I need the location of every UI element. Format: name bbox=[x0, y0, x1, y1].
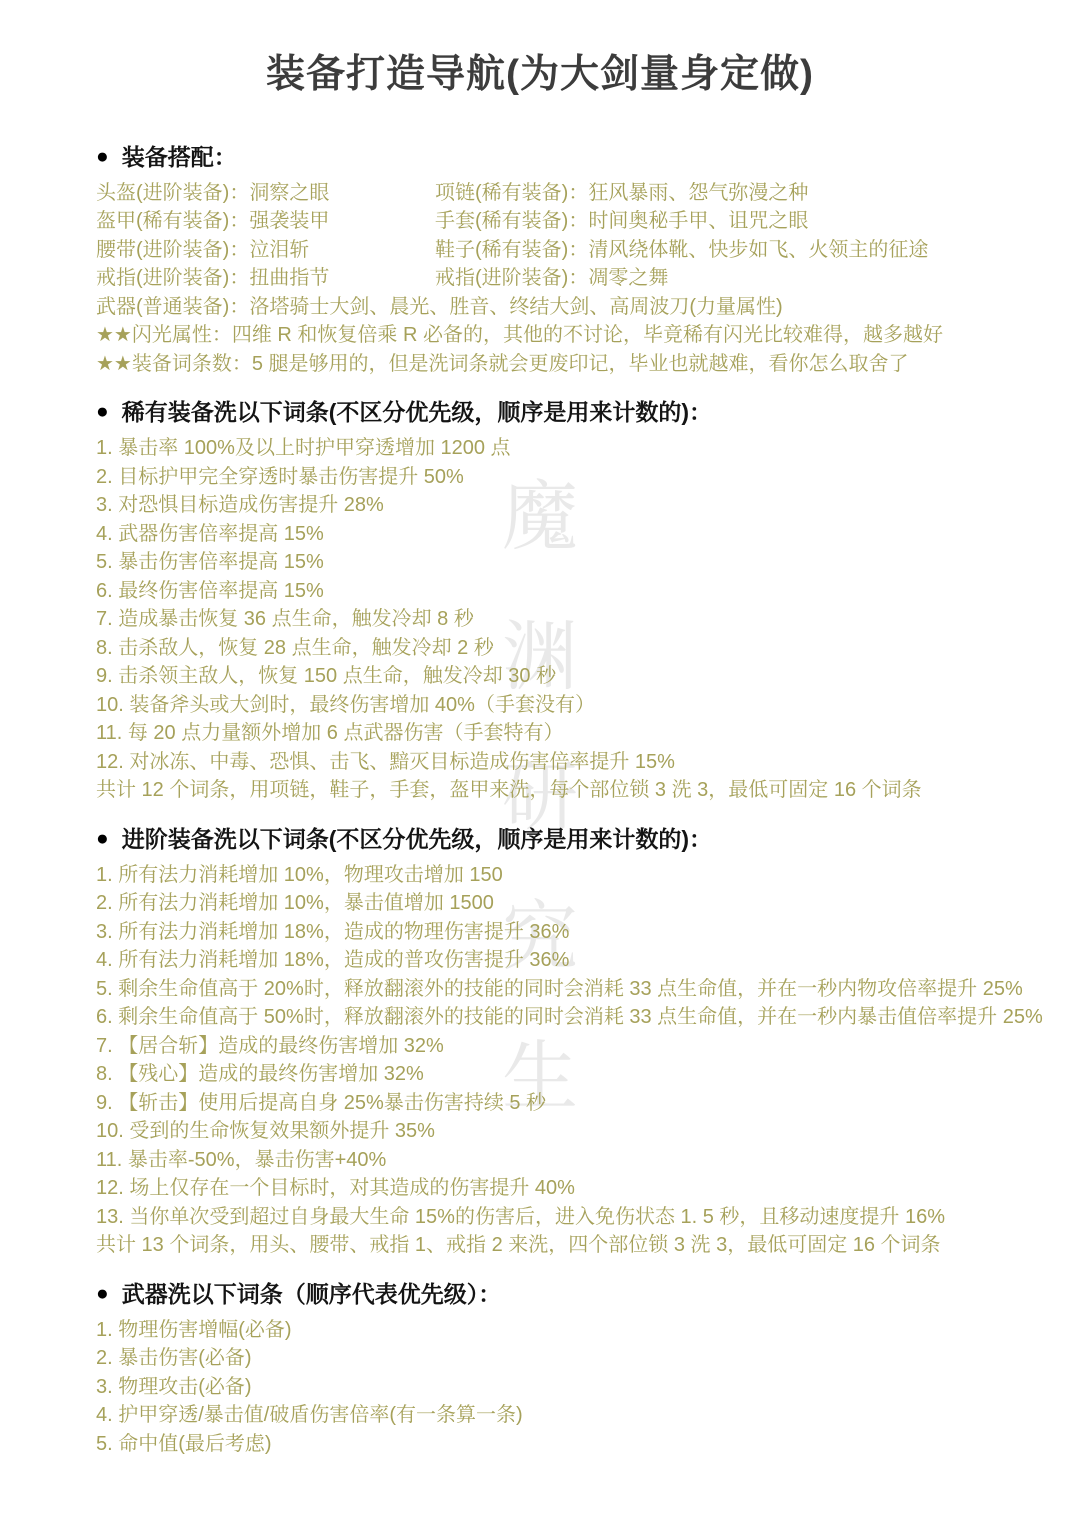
rare-affix-item: 3. 对恐惧目标造成伤害提升 28% bbox=[96, 491, 1060, 520]
equip-slot-gloves: 手套(稀有装备)：时间奥秘手甲、诅咒之眼 bbox=[435, 207, 1060, 236]
rare-affix-item: 9. 击杀领主敌人，恢复 150 点生命，触发冷却 30 秒 bbox=[96, 662, 1060, 691]
equip-slot-necklace: 项链(稀有装备)：狂风暴雨、怨气弥漫之种 bbox=[435, 179, 1060, 208]
section-rare-title: 稀有装备洗以下词条(不区分优先级，顺序是用来计数的)： bbox=[122, 396, 712, 428]
advanced-affix-item: 1. 所有法力消耗增加 10%，物理攻击增加 150 bbox=[96, 861, 1060, 890]
weapon-affix-item: 3. 物理攻击(必备) bbox=[96, 1373, 1060, 1402]
rare-affix-item: 5. 暴击伤害倍率提高 15% bbox=[96, 548, 1060, 577]
equip-row: 头盔(进阶装备)：洞察之眼 项链(稀有装备)：狂风暴雨、怨气弥漫之种 bbox=[96, 179, 1060, 208]
section-weapon-header: ● 武器洗以下词条（顺序代表优先级）： bbox=[96, 1278, 1060, 1310]
rare-affix-item: 12. 对冰冻、中毒、恐惧、击飞、黯灭目标造成伤害倍率提升 15% bbox=[96, 748, 1060, 777]
document-page: 魔 渊 研 究 生 装备打造导航(为大剑量身定做) ● 装备搭配： 头盔(进阶装… bbox=[0, 0, 1080, 1528]
rare-affix-item: 10. 装备斧头或大剑时，最终伤害增加 40%（手套没有） bbox=[96, 691, 1060, 720]
rare-affix-item: 8. 击杀敌人，恢复 28 点生命，触发冷却 2 秒 bbox=[96, 634, 1060, 663]
advanced-affix-item: 9. 【斩击】使用后提高自身 25%暴击伤害持续 5 秒 bbox=[96, 1089, 1060, 1118]
advanced-affix-item: 13. 当你单次受到超过自身最大生命 15%的伤害后，进入免伤状态 1. 5 秒… bbox=[96, 1203, 1060, 1232]
bullet-icon: ● bbox=[96, 141, 109, 173]
equip-row: 腰带(进阶装备)：泣泪斩 鞋子(稀有装备)：清风绕体靴、快步如飞、火领主的征途 bbox=[96, 236, 1060, 265]
equip-weapon-line: 武器(普通装备)：洛塔骑士大剑、晨光、胜音、终结大剑、高周波刀(力量属性) bbox=[96, 293, 1060, 322]
section-equipment-title: 装备搭配： bbox=[122, 141, 237, 173]
section-equipment-header: ● 装备搭配： bbox=[96, 141, 1060, 173]
rare-affix-item: 11. 每 20 点力量额外增加 6 点武器伤害（手套特有） bbox=[96, 719, 1060, 748]
page-title: 装备打造导航(为大剑量身定做) bbox=[0, 0, 1080, 99]
weapon-affix-item: 5. 命中值(最后考虑) bbox=[96, 1430, 1060, 1459]
section-rare-header: ● 稀有装备洗以下词条(不区分优先级，顺序是用来计数的)： bbox=[96, 396, 1060, 428]
section-rare-affixes: ● 稀有装备洗以下词条(不区分优先级，顺序是用来计数的)： 1. 暴击率 100… bbox=[96, 396, 1060, 805]
bullet-icon: ● bbox=[96, 823, 109, 855]
rare-affix-item: 6. 最终伤害倍率提高 15% bbox=[96, 577, 1060, 606]
equip-slot-helmet: 头盔(进阶装备)：洞察之眼 bbox=[96, 179, 435, 208]
section-weapon-title: 武器洗以下词条（顺序代表优先级）： bbox=[122, 1278, 502, 1310]
advanced-affix-summary: 共计 13 个词条，用头、腰带、戒指 1、戒指 2 来洗，四个部位锁 3 洗 3… bbox=[96, 1231, 1060, 1260]
rare-affix-item: 2. 目标护甲完全穿透时暴击伤害提升 50% bbox=[96, 463, 1060, 492]
section-weapon-affixes: ● 武器洗以下词条（顺序代表优先级）： 1. 物理伤害增幅(必备) 2. 暴击伤… bbox=[96, 1278, 1060, 1459]
weapon-affix-item: 2. 暴击伤害(必备) bbox=[96, 1344, 1060, 1373]
rare-affix-item: 1. 暴击率 100%及以上时护甲穿透增加 1200 点 bbox=[96, 434, 1060, 463]
advanced-affix-item: 10. 受到的生命恢复效果额外提升 35% bbox=[96, 1117, 1060, 1146]
advanced-affix-item: 6. 剩余生命值高于 50%时，释放翻滚外的技能的同时会消耗 33 点生命值，并… bbox=[96, 1003, 1060, 1032]
section-advanced-header: ● 进阶装备洗以下词条(不区分优先级，顺序是用来计数的)： bbox=[96, 823, 1060, 855]
advanced-affix-item: 7. 【居合斩】造成的最终伤害增加 32% bbox=[96, 1032, 1060, 1061]
equip-slot-boots: 鞋子(稀有装备)：清风绕体靴、快步如飞、火领主的征途 bbox=[435, 236, 1060, 265]
section-advanced-title: 进阶装备洗以下词条(不区分优先级，顺序是用来计数的)： bbox=[122, 823, 712, 855]
rare-affix-summary: 共计 12 个词条，用项链，鞋子，手套，盔甲来洗，每个部位锁 3 洗 3，最低可… bbox=[96, 776, 1060, 805]
flash-attribute-note: ★★闪光属性：四维 R 和恢复倍乘 R 必备的，其他的不讨论，毕竟稀有闪光比较难… bbox=[96, 321, 1060, 350]
equip-slot-belt: 腰带(进阶装备)：泣泪斩 bbox=[96, 236, 435, 265]
bullet-icon: ● bbox=[96, 1278, 109, 1310]
equip-slot-ring1: 戒指(进阶装备)：扭曲指节 bbox=[96, 264, 435, 293]
advanced-affix-item: 12. 场上仅存在一个目标时，对其造成的伤害提升 40% bbox=[96, 1174, 1060, 1203]
advanced-affix-item: 4. 所有法力消耗增加 18%，造成的普攻伤害提升 36% bbox=[96, 946, 1060, 975]
rare-affix-item: 7. 造成暴击恢复 36 点生命，触发冷却 8 秒 bbox=[96, 605, 1060, 634]
advanced-affix-item: 2. 所有法力消耗增加 10%，暴击值增加 1500 bbox=[96, 889, 1060, 918]
advanced-affix-item: 3. 所有法力消耗增加 18%，造成的物理伤害提升 36% bbox=[96, 918, 1060, 947]
advanced-affix-item: 11. 暴击率-50%，暴击伤害+40% bbox=[96, 1146, 1060, 1175]
rare-affix-item: 4. 武器伤害倍率提高 15% bbox=[96, 520, 1060, 549]
equip-row: 盔甲(稀有装备)：强袭装甲 手套(稀有装备)：时间奥秘手甲、诅咒之眼 bbox=[96, 207, 1060, 236]
weapon-affix-item: 4. 护甲穿透/暴击值/破盾伤害倍率(有一条算一条) bbox=[96, 1401, 1060, 1430]
advanced-affix-item: 8. 【残心】造成的最终伤害增加 32% bbox=[96, 1060, 1060, 1089]
section-equipment: ● 装备搭配： 头盔(进阶装备)：洞察之眼 项链(稀有装备)：狂风暴雨、怨气弥漫… bbox=[96, 141, 1060, 379]
section-advanced-affixes: ● 进阶装备洗以下词条(不区分优先级，顺序是用来计数的)： 1. 所有法力消耗增… bbox=[96, 823, 1060, 1260]
entry-count-note: ★★装备词条数：5 腿是够用的，但是洗词条就会更废印记，毕业也就越难，看你怎么取… bbox=[96, 350, 1060, 379]
weapon-affix-item: 1. 物理伤害增幅(必备) bbox=[96, 1316, 1060, 1345]
bullet-icon: ● bbox=[96, 396, 109, 428]
equip-slot-ring2: 戒指(进阶装备)：凋零之舞 bbox=[435, 264, 1060, 293]
equip-slot-armor: 盔甲(稀有装备)：强袭装甲 bbox=[96, 207, 435, 236]
advanced-affix-item: 5. 剩余生命值高于 20%时，释放翻滚外的技能的同时会消耗 33 点生命值，并… bbox=[96, 975, 1060, 1004]
equip-row: 戒指(进阶装备)：扭曲指节 戒指(进阶装备)：凋零之舞 bbox=[96, 264, 1060, 293]
